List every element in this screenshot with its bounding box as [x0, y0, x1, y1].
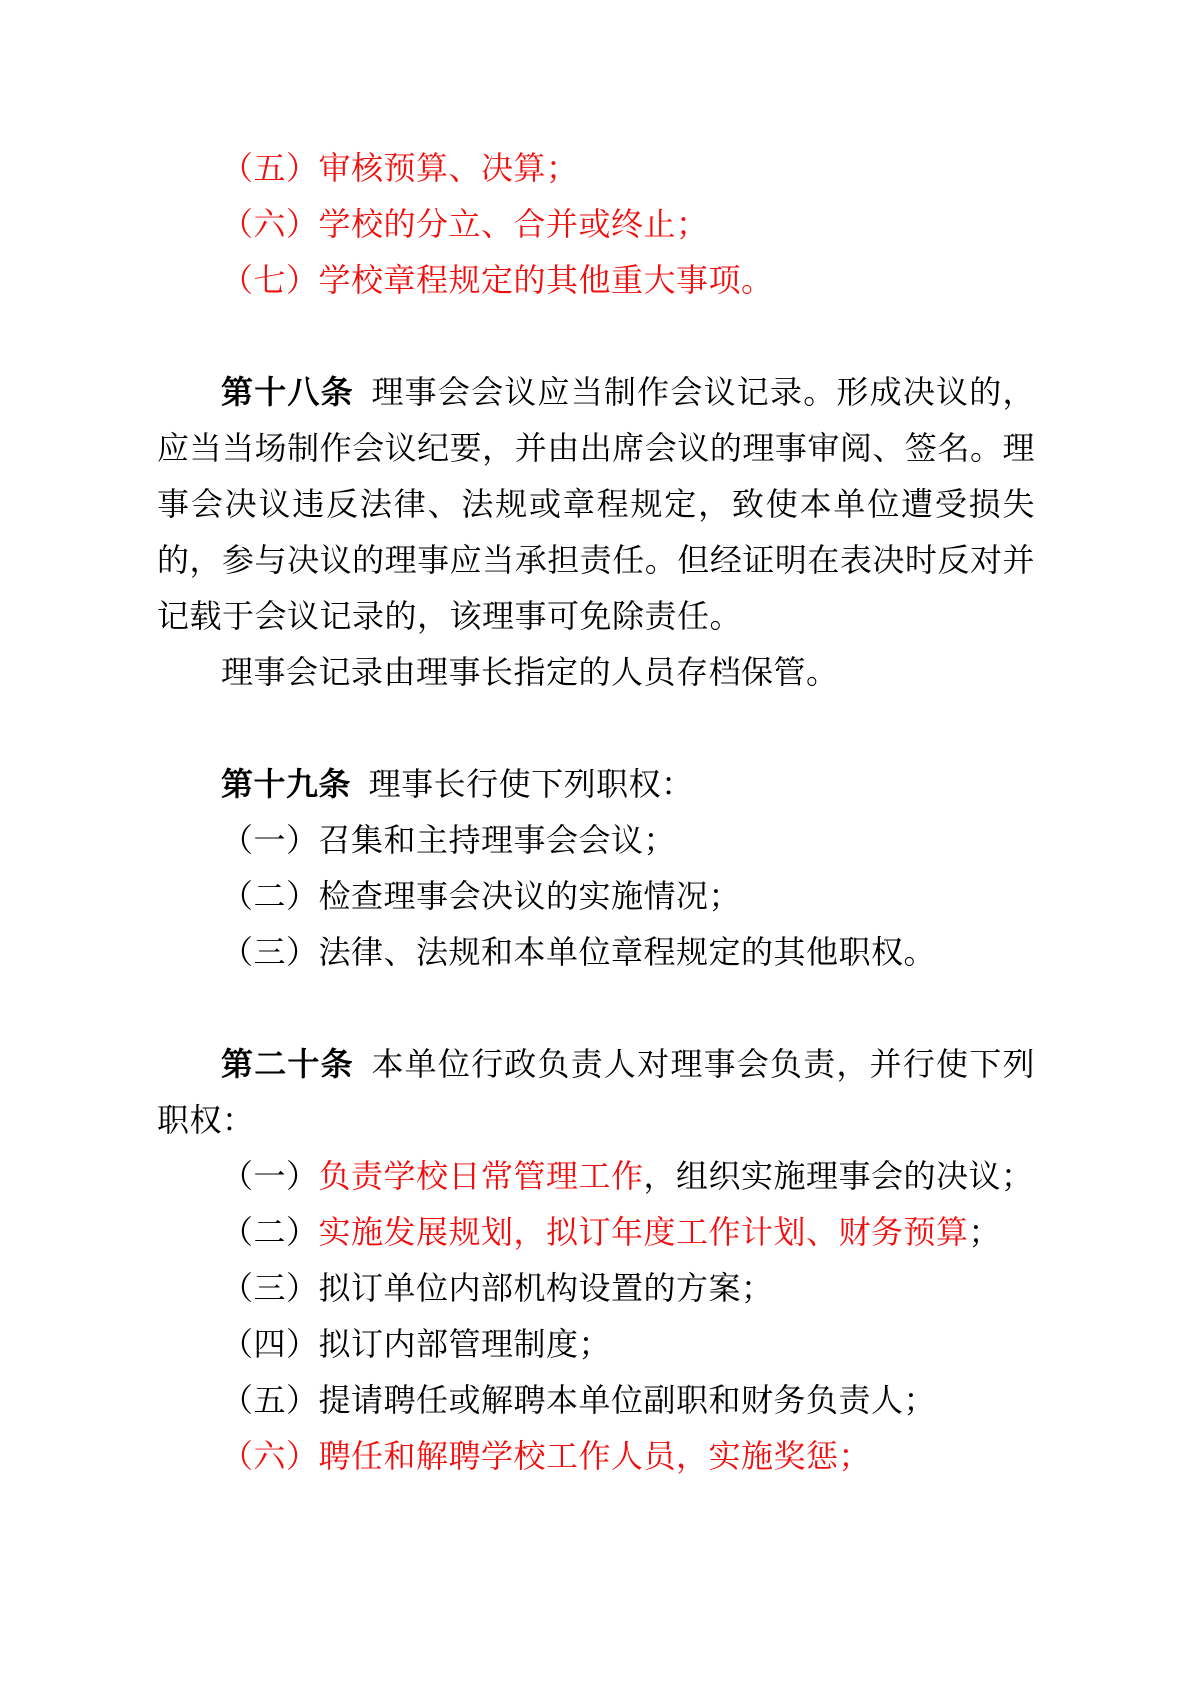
- article-20-item-6: （六）聘任和解聘学校工作人员，实施奖惩；: [157, 1428, 1035, 1484]
- article-20-paragraph: 第二十条本单位行政负责人对理事会负责，并行使下列职权：: [157, 1036, 1035, 1148]
- item-2-prefix: （二）: [221, 1213, 319, 1251]
- item-1-prefix: （一）: [221, 1157, 319, 1195]
- clause-item-7: （七）学校章程规定的其他重大事项。: [157, 252, 1035, 308]
- clause-item-6-text: （六）学校的分立、合并或终止；: [221, 205, 709, 243]
- article-19-term: 第十九条: [221, 765, 351, 803]
- item-1-suffix: ，组织实施理事会的决议；: [644, 1157, 1034, 1195]
- article-19-item-1: （一）召集和主持理事会会议；: [157, 812, 1035, 868]
- item-5-prefix: （五）提请聘任或解聘本单位副职和财务负责人；: [221, 1381, 936, 1419]
- item-1-red-text: 负责学校日常管理工作: [319, 1157, 644, 1195]
- item-2-red-text: 实施发展规划，拟订年度工作计划、财务预算: [319, 1213, 969, 1251]
- article-18-body: 理事会会议应当制作会议记录。形成决议的，应当当场制作会议纪要，并由出席会议的理事…: [157, 373, 1035, 635]
- item-2-suffix: ；: [969, 1213, 1002, 1251]
- article-19-body: 理事长行使下列职权：: [369, 765, 694, 803]
- document-page: （五）审核预算、决算； （六）学校的分立、合并或终止； （七）学校章程规定的其他…: [0, 0, 1191, 1684]
- blank-line: [157, 308, 1035, 364]
- clause-item-6: （六）学校的分立、合并或终止；: [157, 196, 1035, 252]
- item-6-red-text: （六）聘任和解聘学校工作人员，实施奖惩；: [221, 1437, 871, 1475]
- article-20-item-5: （五）提请聘任或解聘本单位副职和财务负责人；: [157, 1372, 1035, 1428]
- article-18-term: 第十八条: [221, 373, 354, 411]
- article-18-note: 理事会记录由理事长指定的人员存档保管。: [157, 644, 1035, 700]
- blank-line: [157, 980, 1035, 1036]
- clause-item-5: （五）审核预算、决算；: [157, 140, 1035, 196]
- article-20-item-2: （二）实施发展规划，拟订年度工作计划、财务预算；: [157, 1204, 1035, 1260]
- article-20-item-3: （三）拟订单位内部机构设置的方案；: [157, 1260, 1035, 1316]
- article-19-paragraph: 第十九条理事长行使下列职权：: [157, 756, 1035, 812]
- document-body: （五）审核预算、决算； （六）学校的分立、合并或终止； （七）学校章程规定的其他…: [157, 140, 1035, 1484]
- clause-item-7-text: （七）学校章程规定的其他重大事项。: [221, 261, 774, 299]
- blank-line: [157, 700, 1035, 756]
- article-19-item-3: （三）法律、法规和本单位章程规定的其他职权。: [157, 924, 1035, 980]
- article-20-item-4: （四）拟订内部管理制度；: [157, 1316, 1035, 1372]
- clause-item-5-text: （五）审核预算、决算；: [221, 149, 579, 187]
- article-20-item-1: （一）负责学校日常管理工作，组织实施理事会的决议；: [157, 1148, 1035, 1204]
- article-20-term: 第二十条: [221, 1045, 354, 1083]
- article-19-item-2: （二）检查理事会决议的实施情况；: [157, 868, 1035, 924]
- item-3-prefix: （三）拟订单位内部机构设置的方案；: [221, 1269, 774, 1307]
- item-4-prefix: （四）拟订内部管理制度；: [221, 1325, 611, 1363]
- article-18-paragraph: 第十八条理事会会议应当制作会议记录。形成决议的，应当当场制作会议纪要，并由出席会…: [157, 364, 1035, 644]
